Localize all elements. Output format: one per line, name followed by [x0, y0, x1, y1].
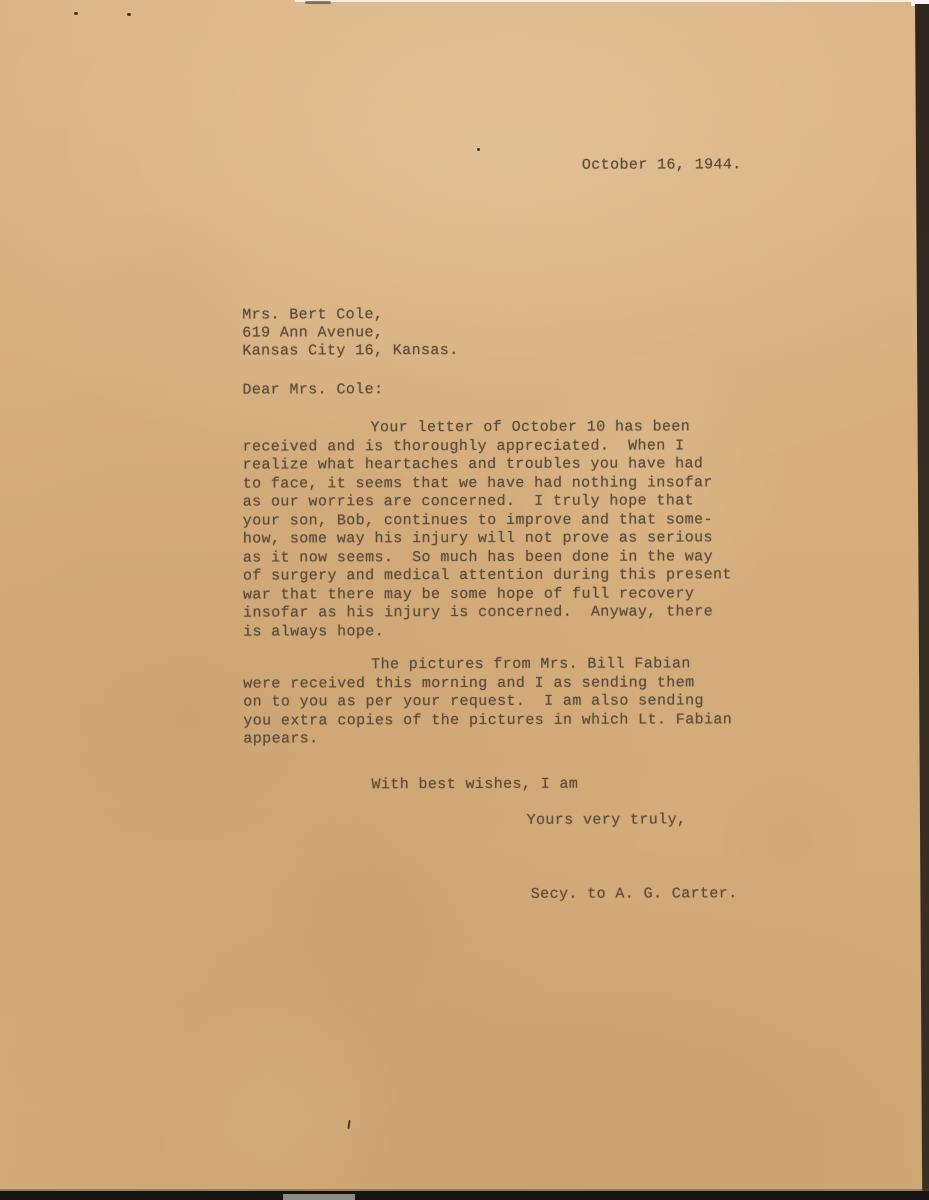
- paper-speck: [74, 12, 78, 15]
- text-line: your son, Bob, continues to improve and …: [243, 511, 732, 531]
- letter-date: October 16, 1944.: [582, 156, 742, 175]
- signature-line: Secy. to A. G. Carter.: [531, 885, 738, 904]
- scanned-letter-page: October 16, 1944. Mrs. Bert Cole,619 Ann…: [0, 0, 929, 1200]
- body-paragraph-1: Your letter of October 10 has beenreceiv…: [243, 418, 732, 641]
- scan-top-smudge: [305, 1, 331, 4]
- text-line: 619 Ann Avenue,: [242, 324, 458, 343]
- text-line: as our worries are concerned. I truly ho…: [243, 492, 732, 512]
- text-line: war that there may be some hope of full …: [243, 585, 732, 605]
- text-line: Kansas City 16, Kansas.: [242, 342, 458, 361]
- text-line: how, some way his injury will not prove …: [243, 529, 732, 549]
- text-line: on to you as per your request. I am also…: [243, 692, 732, 712]
- salutation: Dear Mrs. Cole:: [242, 381, 383, 400]
- text-line: were received this morning and I as send…: [243, 674, 732, 694]
- text-line: appears.: [243, 729, 732, 749]
- scan-bottom-edge: [0, 1191, 929, 1200]
- text-line: insofar as his injury is concerned. Anyw…: [243, 603, 732, 623]
- closing-phrase: With best wishes, I am: [371, 776, 578, 795]
- text-line: to face, it seems that we have had nothi…: [243, 474, 732, 494]
- scan-top-edge: [295, 0, 915, 2]
- recipient-address: Mrs. Bert Cole,619 Ann Avenue,Kansas Cit…: [242, 306, 458, 361]
- scan-bottom-edge-gray-notch: [283, 1194, 355, 1200]
- text-line: you extra copies of the pictures in whic…: [243, 711, 732, 731]
- text-line: is always hope.: [243, 622, 732, 642]
- paper-speck: [127, 13, 131, 16]
- text-line: The pictures from Mrs. Bill Fabian: [243, 655, 732, 675]
- valediction: Yours very truly,: [527, 811, 687, 830]
- text-line: Mrs. Bert Cole,: [242, 306, 458, 325]
- text-line: realize what heartaches and troubles you…: [243, 455, 732, 475]
- text-line: of surgery and medical attention during …: [243, 566, 732, 586]
- body-paragraph-2: The pictures from Mrs. Bill Fabianwere r…: [243, 655, 732, 749]
- text-line: as it now seems. So much has been done i…: [243, 548, 732, 568]
- letter-text-layer: October 16, 1944. Mrs. Bert Cole,619 Ann…: [0, 0, 929, 1200]
- paper-speck: [477, 148, 480, 151]
- text-line: received and is thoroughly appreciated. …: [243, 437, 732, 457]
- text-line: Your letter of October 10 has been: [243, 418, 732, 438]
